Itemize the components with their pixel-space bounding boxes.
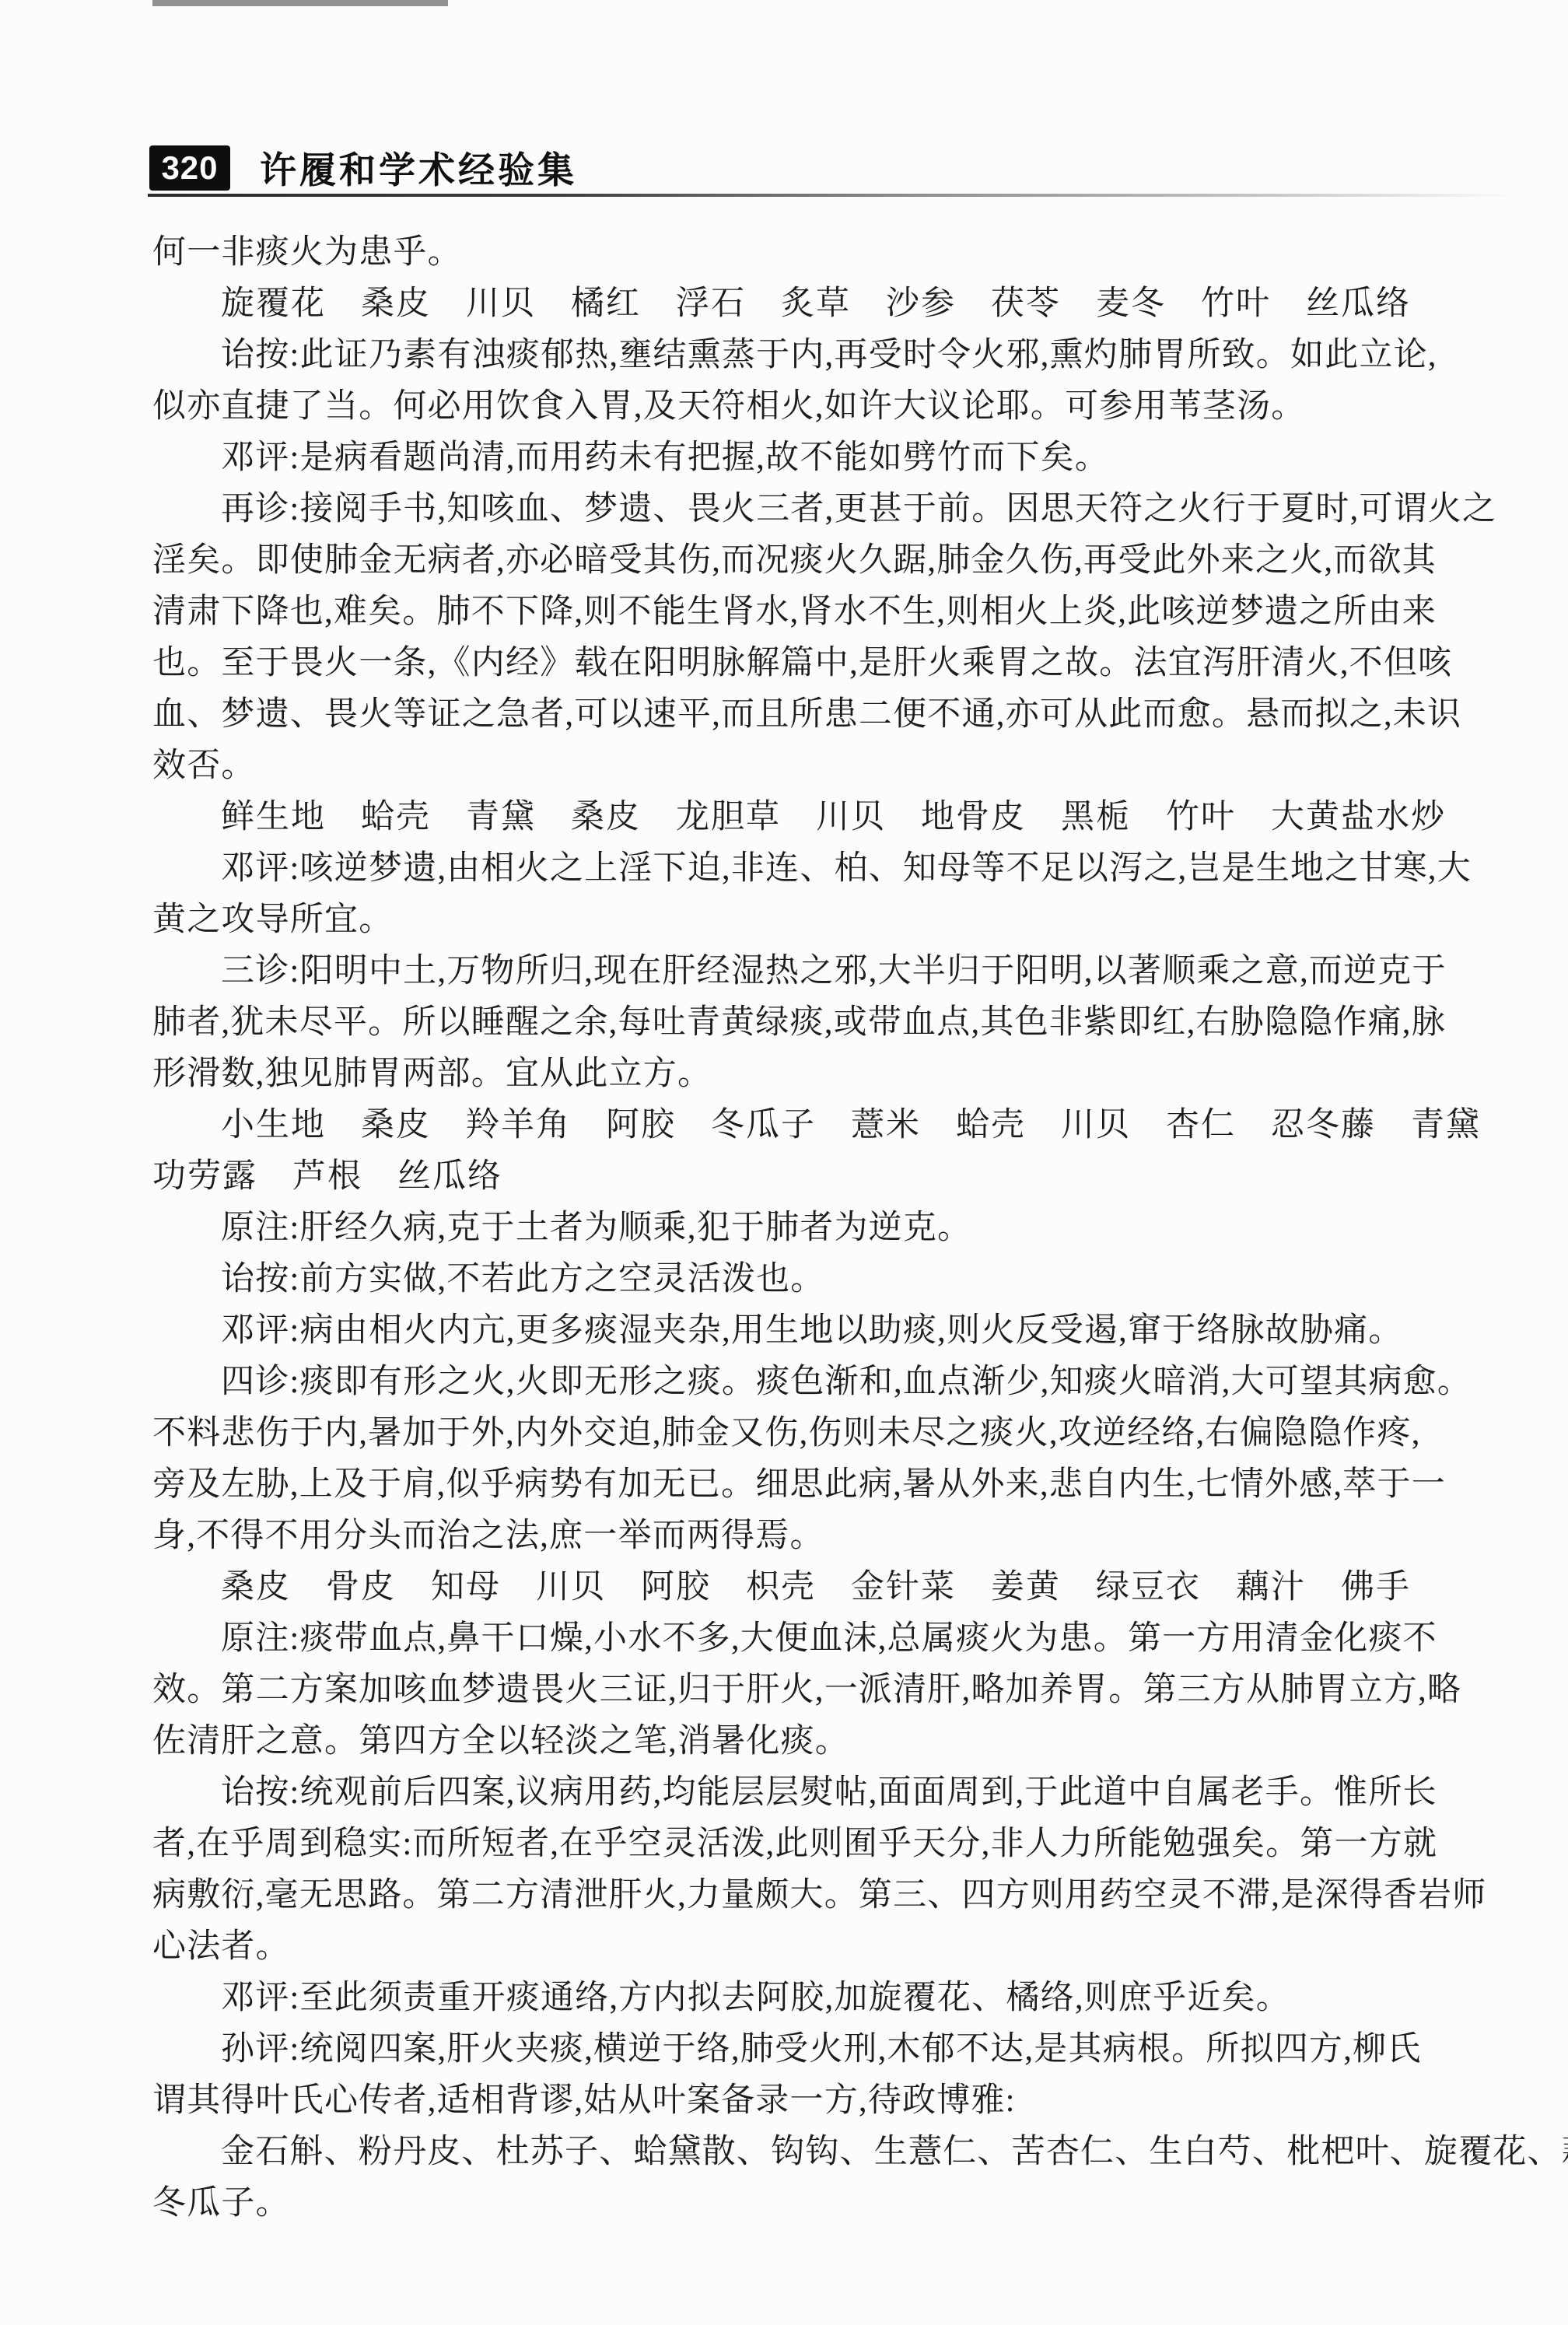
text-line: 原注:肝经久病,克于土者为顺乘,犯于肺者为逆克。 <box>152 1203 1487 1254</box>
text-line: 四诊:痰即有形之火,火即无形之痰。痰色渐和,血点渐少,知痰火暗消,大可望其病愈。 <box>152 1357 1487 1408</box>
text-line: 者,在乎周到稳实:而所短者,在乎空灵活泼,此则囿乎天分,非人力所能勉强矣。第一方… <box>152 1819 1487 1870</box>
text-line: 何一非痰火为患乎。 <box>152 227 1487 278</box>
herb-line: 桑皮 骨皮 知母 川贝 阿胶 枳壳 金针菜 姜黄 绿豆衣 藕汁 佛手 <box>152 1562 1487 1613</box>
text-line: 形滑数,独见肺胃两部。宜从此立方。 <box>152 1049 1487 1100</box>
text-line: 似亦直捷了当。何必用饮食入胃,及天符相火,如许大议论耶。可参用苇茎汤。 <box>152 381 1487 432</box>
text-line: 肺者,犹未尽平。所以睡醒之余,每吐青黄绿痰,或带血点,其色非紫即红,右胁隐隐作痛… <box>152 997 1487 1049</box>
text-line: 淫矣。即使肺金无病者,亦必暗受其伤,而况痰火久踞,肺金久伤,再受此外来之火,而欲… <box>152 535 1487 587</box>
text-line: 效。第二方案加咳血梦遗畏火三证,归于肝火,一派清肝,略加养胃。第三方从肺胃立方,… <box>152 1665 1487 1716</box>
book-page: 320 许履和学术经验集 何一非痰火为患乎。旋覆花 桑皮 川贝 橘红 浮石 炙草… <box>0 0 1568 2325</box>
herb-line: 小生地 桑皮 羚羊角 阿胶 冬瓜子 薏米 蛤壳 川贝 杏仁 忍冬藤 青黛 <box>152 1100 1487 1151</box>
text-line: 邓评:是病看题尚清,而用药未有把握,故不能如劈竹而下矣。 <box>152 432 1487 484</box>
text-line: 诒按:统观前后四案,议病用药,均能层层熨帖,面面周到,于此道中自属老手。惟所长 <box>152 1767 1487 1819</box>
herb-line: 鲜生地 蛤壳 青黛 桑皮 龙胆草 川贝 地骨皮 黑栀 竹叶 大黄盐水炒 <box>152 792 1487 843</box>
text-line: 旁及左胁,上及于肩,似乎病势有加无已。细思此病,暑从外来,悲自内生,七情外感,萃… <box>152 1459 1487 1511</box>
text-line: 诒按:前方实做,不若此方之空灵活泼也。 <box>152 1254 1487 1305</box>
text-line: 邓评:病由相火内亢,更多痰湿夹杂,用生地以助痰,则火反受遏,窜于络脉故胁痛。 <box>152 1305 1487 1357</box>
text-line: 不料悲伤于内,暑加于外,内外交迫,肺金又伤,伤则未尽之痰火,攻逆经络,右偏隐隐作… <box>152 1408 1487 1459</box>
page-header: 320 许履和学术经验集 <box>149 142 577 194</box>
page-body-text: 何一非痰火为患乎。旋覆花 桑皮 川贝 橘红 浮石 炙草 沙参 茯苓 麦冬 竹叶 … <box>152 227 1487 2229</box>
text-line: 血、梦遗、畏火等证之急者,可以速平,而且所患二便不通,亦可从此而愈。悬而拟之,未… <box>152 689 1487 741</box>
text-line: 邓评:咳逆梦遗,由相火之上淫下迫,非连、柏、知母等不足以泻之,岂是生地之甘寒,大 <box>152 843 1487 895</box>
text-line: 效否。 <box>152 741 1487 792</box>
text-line: 原注:痰带血点,鼻干口燥,小水不多,大便血沫,总属痰火为患。第一方用清金化痰不 <box>152 1613 1487 1665</box>
text-line: 身,不得不用分头而治之法,庶一举而两得焉。 <box>152 1511 1487 1562</box>
book-title: 许履和学术经验集 <box>260 142 577 194</box>
page-number-badge: 320 <box>149 145 230 191</box>
scan-artifact <box>152 0 448 6</box>
header-divider <box>148 194 1518 197</box>
text-line: 三诊:阳明中土,万物所归,现在肝经湿热之邪,大半归于阳明,以著顺乘之意,而逆克于 <box>152 946 1487 997</box>
text-line: 也。至于畏火一条,《内经》载在阳明脉解篇中,是肝火乘胃之故。法宜泻肝清火,不但咳 <box>152 638 1487 689</box>
text-line: 病敷衍,毫无思路。第二方清泄肝火,力量颇大。第三、四方则用药空灵不滞,是深得香岩… <box>152 1870 1487 1921</box>
text-line: 孙评:统阅四案,肝火夹痰,横逆于络,肺受火刑,木郁不达,是其病根。所拟四方,柳氏 <box>152 2024 1487 2075</box>
text-line: 心法者。 <box>152 1921 1487 1973</box>
herb-line: 旋覆花 桑皮 川贝 橘红 浮石 炙草 沙参 茯苓 麦冬 竹叶 丝瓜络 <box>152 278 1487 330</box>
text-line: 黄之攻导所宜。 <box>152 895 1487 946</box>
herb-line: 功劳露 芦根 丝瓜络 <box>152 1151 1487 1203</box>
text-line: 诒按:此证乃素有浊痰郁热,壅结熏蒸于内,再受时令火邪,熏灼肺胃所致。如此立论, <box>152 330 1487 381</box>
text-line: 佐清肝之意。第四方全以轻淡之笔,消暑化痰。 <box>152 1716 1487 1767</box>
text-line: 谓其得叶氏心传者,适相背谬,姑从叶案备录一方,待政博雅: <box>152 2075 1487 2127</box>
text-line: 冬瓜子。 <box>152 2178 1487 2229</box>
text-line: 清肃下降也,难矣。肺不下降,则不能生肾水,肾水不生,则相火上炎,此咳逆梦遗之所由… <box>152 587 1487 638</box>
text-line: 邓评:至此须责重开痰通络,方内拟去阿胶,加旋覆花、橘络,则庶乎近矣。 <box>152 1973 1487 2024</box>
text-line: 再诊:接阅手书,知咳血、梦遗、畏火三者,更甚于前。因思天符之火行于夏时,可谓火之 <box>152 484 1487 535</box>
text-line: 金石斛、粉丹皮、杜苏子、蛤黛散、钩钩、生薏仁、苦杏仁、生白芍、枇杷叶、旋覆花、藕… <box>152 2127 1487 2178</box>
